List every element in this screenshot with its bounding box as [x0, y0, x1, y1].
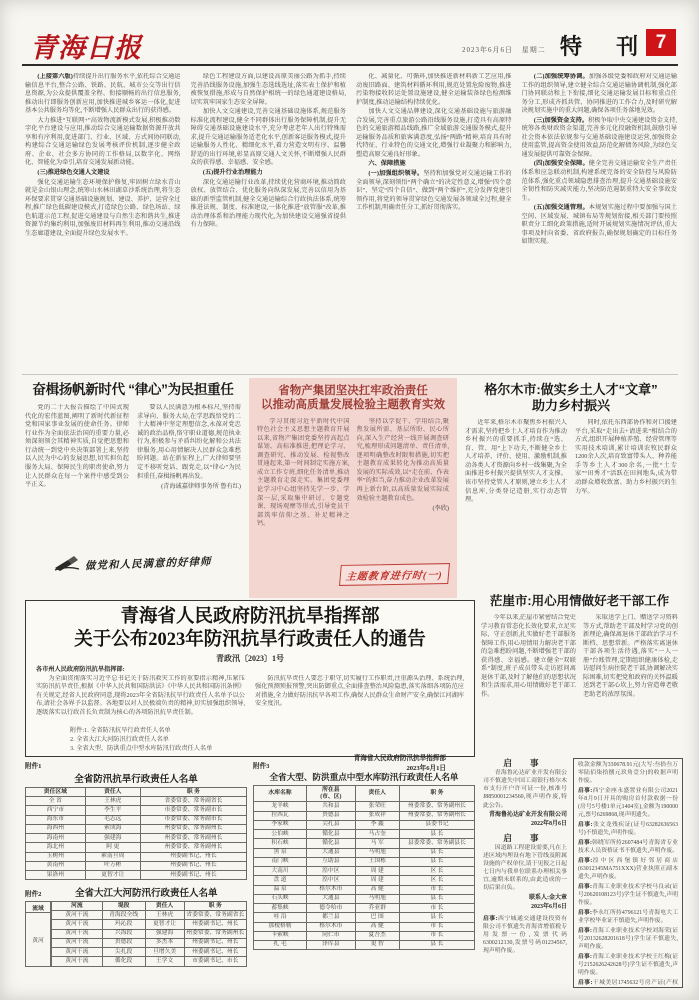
notice-col2: 防汛抗旱责任人要忠于职守,切实履行工作职责,注重源头治理、系统治理,强化预测预报…	[255, 675, 464, 727]
newspaper-page: 青海日报 2023年6月6日 星期二 特 刊 7 (上接第六版)持续提升出行服务…	[0, 0, 699, 1000]
ad2-text: 因道路工程建设需要,凡在上述区域内埋设有地下管线及附属设施的产权单位,请于见报之…	[483, 844, 567, 893]
section-divider	[22, 374, 678, 375]
table-row: 果洛州更智才让州委副书记、州长	[26, 871, 247, 880]
page-number: 7	[656, 32, 667, 54]
table-row: 海东市毛志远市委常委、常务副市长	[26, 815, 247, 824]
ad1-signature: 青海鲁沁达矿业开发有限公司 2022年8月6日	[483, 811, 567, 829]
article-lawyer-attribution: (青海诚嘉律师事务所 鲁有红)	[137, 483, 241, 492]
table-row: 龙羊峡共和县张荣旺州委常委、常务副州长	[254, 802, 475, 811]
ad2-signature: 联系人:金大章 2023年6月6日	[483, 894, 567, 912]
appendix3-header-reservoir: 水库名称	[254, 786, 307, 802]
table-row: 蓄集峡德令哈市乔亚群市 长	[254, 904, 475, 913]
table-row: 黄河干流玛沁段更智才让州委副书记、州长	[52, 920, 247, 929]
table-row: 全 省王林虎省委常委、常务副省长	[26, 797, 247, 806]
table-row: 黄河干流兴海段强建海州委常委、常务副州长	[52, 929, 247, 938]
appendix2-header-river: 河流	[52, 902, 103, 911]
article-mangya-col2: 采取送学上门、赠送学习资料等方式,帮助老干部及时学习党的创新理论,确保离退休干部…	[583, 614, 678, 746]
table-row: 海南州强建海州委常委、常务副州长	[26, 834, 247, 843]
appendix2-table: 流域 黄河 河流 堤段 责任人 职 务 黄河干流青海段全线王林虎省委常委、常务副…	[25, 901, 247, 967]
ads-left-column: 启 事 青海鲁沁达矿业开发有限公司不慎遗失中国工商银行格尔木市支行开户许可证一份…	[483, 757, 567, 989]
notice-salutation: 各市州人民政府防汛抗旱指挥部:	[36, 666, 464, 675]
article-geermu-headline-1: 格尔木市:做实乡土人才“文章”	[465, 382, 677, 398]
table-row: 黄河干流贵德段多杰本州委副书记、州长	[52, 938, 247, 947]
appendix2-basin-column: 流域 黄河	[25, 901, 51, 967]
article-geermu: 格尔木市:做实乡土人才“文章” 助力乡村振兴 近年来,格尔木市聚焦乡村振兴人才需…	[465, 382, 677, 594]
table-row: 黄南州叶万彬州委副书记、州长	[26, 861, 247, 870]
dateline: 2023年6月6日 星期二	[462, 45, 546, 55]
pen-nib-icon	[54, 554, 80, 572]
table-row: 黄河干流青海段全线王林虎省委常委、常务副省长	[52, 911, 247, 920]
table-row: 积石峡循化县马 军县委常委、常务副县长	[254, 839, 475, 848]
article-wuchan-col1: 学习贯彻习近平新时代中国特色社会主义思想主题教育开展以来,省物产集团党委坚持高起…	[257, 418, 350, 560]
lawyer-slogan: 做党和人民满意的好律师	[85, 553, 212, 572]
top-article-col4: (二)加强统筹协调。加强各级党委和政府对交通运输工作的组织领导,建立健全综合交通…	[522, 73, 678, 370]
appendix1: 附件1 全省防汛抗旱行政责任人名单 责任区域 责任人 职 务 全 省王林虎省委常…	[25, 760, 247, 880]
article-mangya: 茫崖市:用心用情做好老干部工作 今年以来,茫崖市紧密结合党史学习教育常态化长效化…	[481, 594, 678, 752]
appendix1-header-person: 责任人	[85, 788, 140, 797]
table-row: 南门峡互助县王国栋县 长	[254, 857, 475, 866]
date-text: 2023年6月6日	[462, 46, 513, 54]
appendix3-rows: 龙羊峡共和县张荣旺州委常委、常务副州长拉西瓦贵德县张成祥州委常委、常务副州长李家…	[254, 802, 475, 950]
table-row: 扎 毛泽库县更 智县 长	[254, 940, 475, 949]
masthead-rule	[22, 64, 678, 66]
article-lawyer-col2: 要以人民满意为根本标尺,坚持需求导向、服务大局,在学思践悟党的二十大精神中坚定理…	[137, 404, 241, 544]
appendix2: 附件2 全省大江大河防汛行政责任人名单 流域 黄河 河流 堤段 责任人 职 务 …	[25, 884, 247, 967]
table-row: 卡索峡同仁市夏吾杰市 长	[254, 931, 475, 940]
appendix1-title: 全省防汛抗旱行政责任人名单	[25, 771, 247, 785]
table-row: 玉树州索南旦周州委副书记、州长	[26, 852, 247, 861]
top-article-col1: (上接第六版)持续提升出行服务水平,依托综合交通运输信息平台,整合公路、铁路、民…	[25, 73, 181, 370]
theme-education-badge: 主题教育进行时(一)	[339, 563, 450, 586]
appendix2-header-basin: 流域	[26, 902, 50, 913]
notice-doc-number: 青政汛〔2023〕1号	[36, 653, 464, 664]
page-number-badge: 7	[646, 29, 676, 56]
table-row: 海北州阿 更州委常委、常务副州长	[26, 843, 247, 852]
article-geermu-col1: 近年来,格尔木市聚焦乡村振兴人才需求,坚持把乡土人才培育作为推动乡村振兴的重要抓…	[465, 419, 567, 577]
table-row: 那棱格勒格尔木市高 健市 长	[254, 922, 475, 931]
flood-notice: 青海省人民政府防汛抗旱指挥部 关于公布2023年防汛抗旱行政责任人的通告 青政汛…	[25, 600, 475, 757]
appendix2-title: 全省大江大河防汛行政责任人名单	[45, 885, 247, 899]
table-row: 大南川湟中区周 建区 长	[254, 867, 475, 876]
article-wuchan-attribution: (李欣)	[357, 505, 450, 514]
appendix1-label: 附件1	[25, 760, 247, 770]
appendix3-title: 全省大型、防洪重点中型水库防汛行政责任人名单	[253, 771, 475, 783]
article-lawyer-headline: 奋楫扬帆新时代 “律心”为民担重任	[25, 382, 241, 398]
table-row: 盘 道湟中区周 建区 长	[254, 876, 475, 885]
article-mangya-col1: 今年以来,茫崖市紧密结合党史学习教育常态化长效化要求,立足实际、守正创新,扎实做…	[481, 614, 576, 746]
article-wuchan: 省物产集团坚决扛牢政治责任 以推动高质量发展检验主题教育实效 学习贯彻习近平新时…	[249, 378, 457, 598]
appendix1-header-region: 责任区域	[26, 788, 86, 797]
top-article-col3: 化、减量化、可循环,加快推进新材料新工艺应用,推动废旧路面、建筑材料循环利用,规…	[356, 73, 512, 370]
table-row: 黄河干流循化段王学文市委副书记、市长	[52, 957, 247, 966]
table-row: 西宁市李生平市委常委、常务副市长	[26, 806, 247, 815]
appendix3: 附件3 全省大型、防洪重点中型水库防汛行政责任人名单 水库名称 所在县 (市、区…	[253, 760, 475, 950]
appendix3-header-person: 责任人	[355, 786, 399, 802]
table-row: 海西州索成海州委常委、常务副州长	[26, 824, 247, 833]
ads-box-entries: 收款金额为330678.91元(大写:叁拾叁万零陆佰柒拾捌元玖角壹分)的收据声明…	[578, 762, 678, 988]
article-geermu-col2: 同时,依托东西部协作和对口援建平台,采取“走出去+请进来”相结合的方式,组织开展…	[575, 419, 677, 577]
table-row: 温 泉格尔木市高 健市 长	[254, 885, 475, 894]
appendix3-header-duty: 职 务	[399, 786, 474, 802]
weekday-text: 星期二	[522, 46, 546, 54]
newspaper-logo: 青海日报	[30, 26, 142, 65]
ad3-lead: 启事:	[483, 916, 498, 922]
appendix2-header-person: 责任人	[145, 902, 184, 911]
appendix1-header-duty: 职 务	[140, 788, 246, 797]
article-wuchan-headline-1: 省物产集团坚决扛牢政治责任	[257, 385, 449, 399]
table-row: 黄河干流尖扎段旦增久美州委副书记、州长	[52, 948, 247, 957]
appendix2-rows: 黄河干流青海段全线王林虎省委常委、常务副省长黄河干流玛沁段更智才让州委副书记、州…	[52, 911, 247, 966]
article-lawyer-col1: 党的二十大报告描绘了中国式现代化的宏伟蓝图,阐明了新时代新征程党和国家事业发展的…	[25, 404, 129, 544]
table-row: 黑 泉大通县马明旭县 长	[254, 848, 475, 857]
ad3-text: 启事:西宁城通交通建设投资有限公司不慎遗失青海省增值税专用发票一份,发票代码63…	[483, 915, 567, 956]
notice-title-2: 关于公布2023年防汛抗旱行政责任人的通告	[36, 629, 464, 652]
ads-box: 收款金额为330678.91元(大写:叁拾叁万零陆佰柒拾捌元玖角壹分)的收据声明…	[573, 758, 683, 988]
article-geermu-headline-2: 助力乡村振兴	[465, 398, 677, 414]
ad2-title: 启 事	[483, 832, 567, 844]
notice-col1: 为全面贯彻落实习近平总书记关于防汛救灾工作的重要指示精神,压紧压实防汛抗旱责任,…	[36, 675, 245, 727]
appendix2-header-duty: 职 务	[184, 902, 246, 911]
appendix1-table: 责任区域 责任人 职 务 全 省王林虎省委常委、常务副省长西宁市李生平市委常委、…	[25, 787, 247, 880]
table-row: 哇 沿都兰县巴 图县 长	[254, 913, 475, 922]
logo-text: 青海日报	[30, 33, 142, 63]
article-wuchan-col2: 坚持以学促干、学用结合,聚焦发展所需、基层所盼、民心所向,深入生产经营一线开展调…	[357, 418, 450, 560]
appendix1-rows: 全 省王林虎省委常委、常务副省长西宁市李生平市委常委、常务副市长海东市毛志远市委…	[26, 797, 247, 880]
appendix2-label: 附件2	[25, 888, 41, 898]
table-row: 李家峡尖扎县李 鑫县委书记	[254, 820, 475, 829]
appendix2-header-section: 堤段	[102, 902, 145, 911]
article-mangya-headline: 茫崖市:用心用情做好老干部工作	[481, 594, 678, 609]
appendix3-label: 附件3	[253, 760, 475, 770]
appendix2-basin-value: 黄河	[26, 913, 50, 966]
table-row: 石头峡大通县马明旭县 长	[254, 894, 475, 903]
edition-title: 特 刊	[560, 30, 652, 61]
top-article-col2: 绿色工程建设方面,以建设高原美丽公路为抓手,持续完善沿线服务设施,加强生态选线选…	[191, 73, 347, 370]
notice-attachments: 附件:1. 全省防汛抗旱行政责任人名单2. 全省大江大河防汛行政责任人名单3. …	[36, 727, 464, 754]
ad1-text: 青海鲁沁达矿业开发有限公司不慎遗失中国工商银行格尔木市支行开户许可证一份,核准号…	[483, 769, 567, 810]
ad1-title: 启 事	[483, 757, 567, 769]
appendix3-header-county: 所在县 (市、区)	[307, 786, 356, 802]
table-row: 拉西瓦贵德县张成祥州委常委、常务副州长	[254, 811, 475, 820]
appendix3-table: 水库名称 所在县 (市、区) 责任人 职 务 龙羊峡共和县张荣旺州委常委、常务副…	[253, 785, 475, 950]
article-wuchan-headline-2: 以推动高质量发展检验主题教育实效	[257, 399, 449, 413]
article-lawyer: 奋楫扬帆新时代 “律心”为民担重任 党的二十大报告描绘了中国式现代化的宏伟蓝图,…	[25, 382, 241, 596]
notice-title-1: 青海省人民政府防汛抗旱指挥部	[36, 606, 464, 629]
table-row: 公伯峡循化县马占奎县 长	[254, 830, 475, 839]
top-article: (上接第六版)持续提升出行服务水平,依托综合交通运输信息平台,整合公路、铁路、民…	[25, 73, 677, 370]
